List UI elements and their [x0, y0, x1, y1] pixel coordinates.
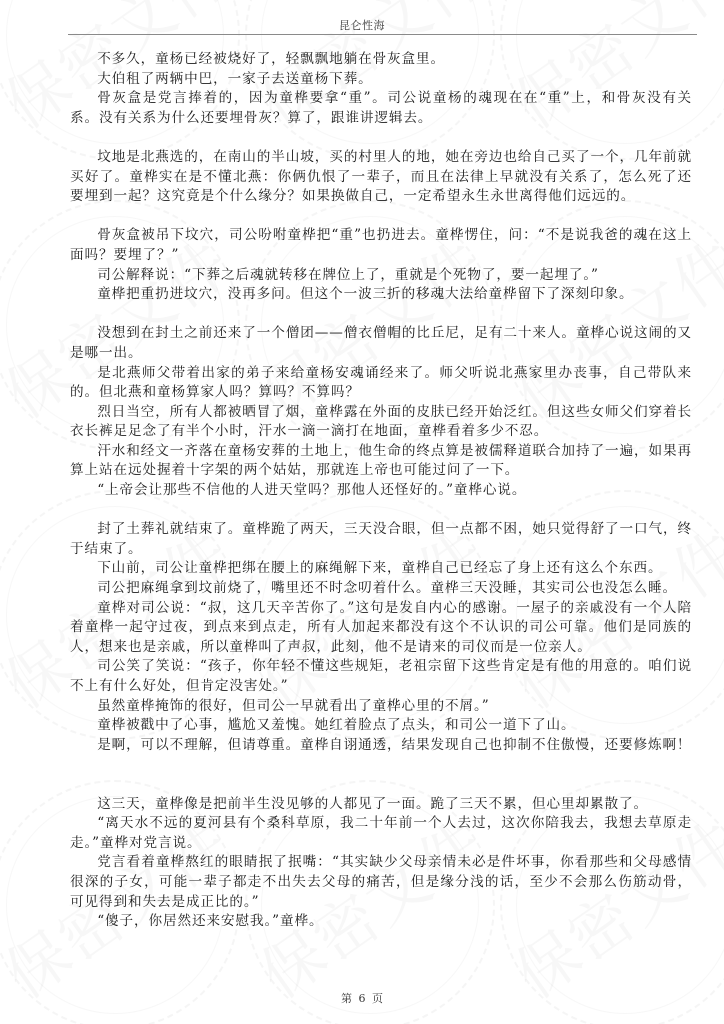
paragraph: “傻子，你居然还来安慰我。”童桦。 [70, 912, 692, 932]
paragraph: 骨灰盒被吊下坟穴，司公吩咐童桦把“重”也扔进去。童桦愣住，问：“不是说我爸的魂在… [70, 226, 692, 265]
paragraph: 坟地是北燕选的，在南山的半山坡，买的村里人的地，她在旁边也给自己买了一个，几年前… [70, 148, 692, 207]
paragraph-spacer [70, 755, 692, 794]
paragraph: 是啊，可以不理解，但请尊重。童桦自诩通透，结果发现自己也抑制不住傲慢，还要修炼啊… [70, 736, 692, 756]
paragraph-spacer [70, 128, 692, 148]
page-header-title: 昆仑性海 [0, 17, 724, 33]
paragraph-spacer [70, 207, 692, 227]
paragraph: 下山前，司公让童桦把绑在腰上的麻绳解下来，童桦自己已经忘了身上还有这么个东西。 [70, 559, 692, 579]
paragraph: 封了土葬礼就结束了。童桦跪了两天，三天没合眼，但一点都不困，她只觉得舒了一口气，… [70, 520, 692, 559]
document-page: 昆仑性海 不多久，童杨已经被烧好了，轻飘飘地躺在骨灰盒里。 大伯租了两辆中巴，一… [0, 0, 724, 1024]
paragraph: 司公把麻绳拿到坟前烧了，嘴里还不时念叨着什么。童桦三天没睡，其实司公也没怎么睡。 [70, 579, 692, 599]
paragraph: 童桦把重扔进坟穴，没再多问。但这个一波三折的移魂大法给童桦留下了深刻印象。 [70, 285, 692, 305]
page-number: 第 6 页 [0, 990, 724, 1006]
paragraph: 司公笑了笑说：“孩子，你年轻不懂这些规矩，老祖宗留下这些肯定是有他的用意的。咱们… [70, 657, 692, 696]
paragraph: 烈日当空，所有人都被晒冒了烟，童桦露在外面的皮肤已经开始泛红。但这些女师父们穿着… [70, 403, 692, 442]
header-divider [68, 34, 697, 35]
paragraph: 童桦对司公说：“叔，这几天辛苦你了。”这句是发自内心的感谢。一屋子的亲戚没有一个… [70, 599, 692, 658]
paragraph: 童桦被戳中了心事，尴尬又羞愧。她红着脸点了点头，和司公一道下了山。 [70, 716, 692, 736]
paragraph: 这三天，童桦像是把前半生没见够的人都见了一面。跪了三天不累，但心里却累散了。 [70, 795, 692, 815]
paragraph: “上帝会让那些不信他的人进天堂吗？那他人还怪好的。”童桦心说。 [70, 481, 692, 501]
paragraph: 没想到在封土之前还来了一个僧团——僧衣僧帽的比丘尼，足有二十来人。童桦心说这闹的… [70, 324, 692, 363]
paragraph: 党言看着童桦熬红的眼睛抿了抿嘴：“其实缺少父母亲情未必是件坏事，你看那些和父母感… [70, 853, 692, 912]
paragraph-spacer [70, 305, 692, 325]
paragraph: 骨灰盒是党言捧着的，因为童桦要拿“重”。司公说童杨的魂现在在“重”上，和骨灰没有… [70, 89, 692, 128]
paragraph: 是北燕师父带着出家的弟子来给童杨安魂诵经来了。师父听说北燕家里办丧事，自己带队来… [70, 364, 692, 403]
paragraph: 司公解释说：“下葬之后魂就转移在牌位上了，重就是个死物了，要一起埋了。” [70, 266, 692, 286]
paragraph: “离天水不远的夏河县有个桑科草原，我二十年前一个人去过，这次你陪我去，我想去草原… [70, 814, 692, 853]
paragraph-spacer [70, 501, 692, 521]
document-body: 不多久，童杨已经被烧好了，轻飘飘地躺在骨灰盒里。 大伯租了两辆中巴，一家子去送童… [70, 50, 692, 932]
paragraph: 虽然童桦掩饰的很好，但司公一早就看出了童桦心里的不屑。” [70, 697, 692, 717]
paragraph: 大伯租了两辆中巴，一家子去送童杨下葬。 [70, 70, 692, 90]
paragraph: 不多久，童杨已经被烧好了，轻飘飘地躺在骨灰盒里。 [70, 50, 692, 70]
paragraph: 汗水和经文一齐落在童杨安葬的土地上，他生命的终点算是被儒释道联合加持了一遍，如果… [70, 442, 692, 481]
